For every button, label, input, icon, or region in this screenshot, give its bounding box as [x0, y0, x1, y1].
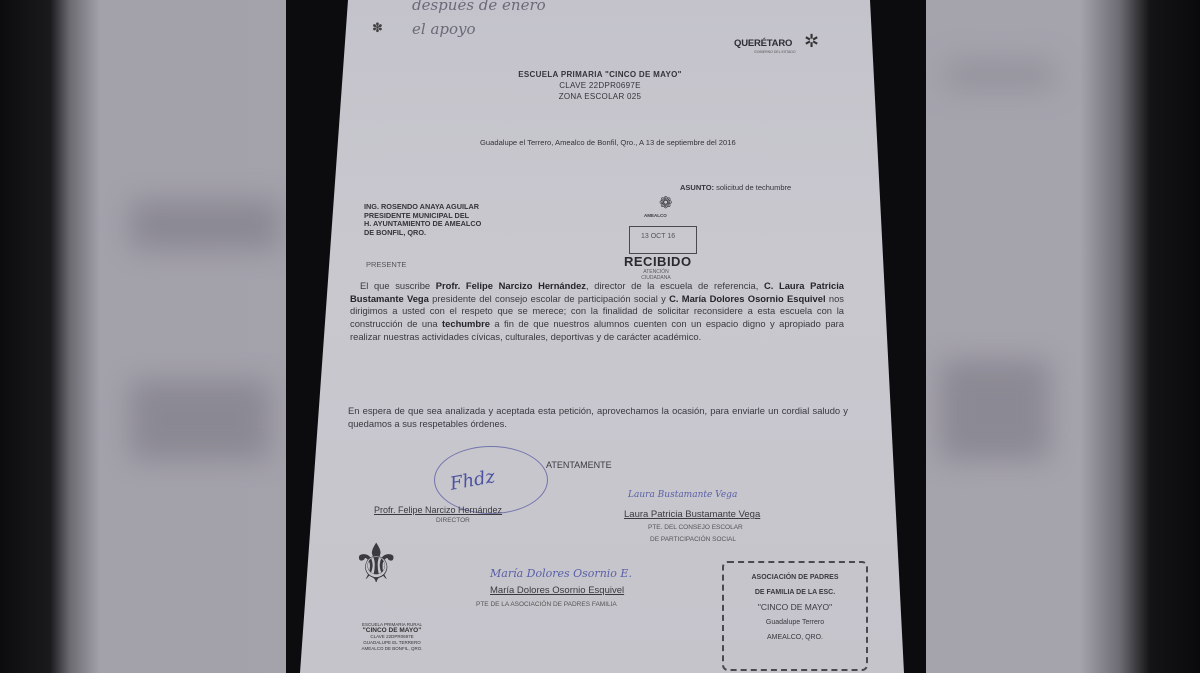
queretaro-logo: QUERÉTARO	[734, 38, 792, 49]
school-key: CLAVE 22DPR0697E	[480, 81, 720, 90]
director-role: DIRECTOR	[436, 517, 470, 524]
recipient-block: ING. ROSENDO ANAYA AGUILAR PRESIDENTE MU…	[364, 203, 481, 237]
queretaro-star-icon: ✲	[804, 31, 819, 52]
subject-value: solicitud de techumbre	[716, 183, 791, 192]
parents-stamp-line: AMEALCO, QRO.	[726, 630, 864, 645]
greeting: PRESENTE	[366, 260, 406, 269]
parents-signature: María Dolores Osornio E.	[490, 567, 632, 580]
queretaro-logo-sub: GOBIERNO DEL ESTADO	[754, 50, 796, 54]
municipal-emblem-icon: ❁	[659, 193, 672, 213]
school-seal-text: ESCUELA PRIMARIA RURAL "CINCO DE MAYO" C…	[344, 622, 440, 652]
closing: ATENTAMENTE	[546, 460, 612, 470]
body-paragraph-1: El que suscribe Profr. Felipe Narcizo He…	[350, 280, 844, 344]
council-signature: Laura Bustamante Vega	[628, 490, 737, 500]
parents-stamp-line: Guadalupe Terrero	[726, 615, 864, 630]
subject: ASUNTO: solicitud de techumbre	[680, 183, 791, 192]
parents-president-role: PTE DE LA ASOCIACIÓN DE PADRES FAMILIA	[476, 601, 617, 608]
school-name: ESCUELA PRIMARIA "CINCO DE MAYO"	[480, 70, 720, 79]
place-date: Guadalupe el Terrero, Amealco de Bonfil,…	[480, 138, 736, 147]
emblem-small-icon: ✽	[372, 20, 383, 36]
received-stamp-org: AMEALCO	[644, 213, 667, 218]
director-name: Profr. Felipe Narcizo Hernández	[374, 505, 502, 515]
school-zone: ZONA ESCOLAR 025	[480, 92, 720, 101]
subject-label: ASUNTO:	[680, 183, 714, 192]
coat-of-arms-icon: ⚜	[352, 534, 400, 594]
letter: después de enero el apoyo ✽ QUERÉTARO GO…	[0, 0, 1200, 673]
council-president-role-2: DE PARTICIPACIÓN SOCIAL	[650, 536, 736, 543]
body-paragraph-2: En espera de que sea analizada y aceptad…	[348, 405, 848, 430]
council-president-role-1: PTE. DEL CONSEJO ESCOLAR	[648, 524, 743, 531]
recipient-line: DE BONFIL, QRO.	[364, 229, 481, 238]
handwritten-note-line1: después de enero	[412, 0, 546, 14]
parents-president-name: María Dolores Osornio Esquivel	[490, 585, 624, 596]
handwritten-note-line2: el apoyo	[412, 20, 476, 38]
parents-stamp-line: DE FAMILIA DE LA ESC.	[726, 585, 864, 600]
council-president-name: Laura Patricia Bustamante Vega	[624, 509, 760, 520]
parents-stamp-line: ASOCIACIÓN DE PADRES	[726, 570, 864, 585]
school-seal-line: AMEALCO DE BONFIL, QRO.	[344, 646, 440, 652]
received-stamp-date: 13 OCT 16	[641, 233, 675, 240]
parents-stamp-line: "CINCO DE MAYO"	[726, 600, 864, 615]
received-stamp-label: RECIBIDO	[624, 254, 692, 269]
parents-stamp-text: ASOCIACIÓN DE PADRES DE FAMILIA DE LA ES…	[726, 570, 864, 645]
received-stamp-box	[629, 226, 697, 254]
